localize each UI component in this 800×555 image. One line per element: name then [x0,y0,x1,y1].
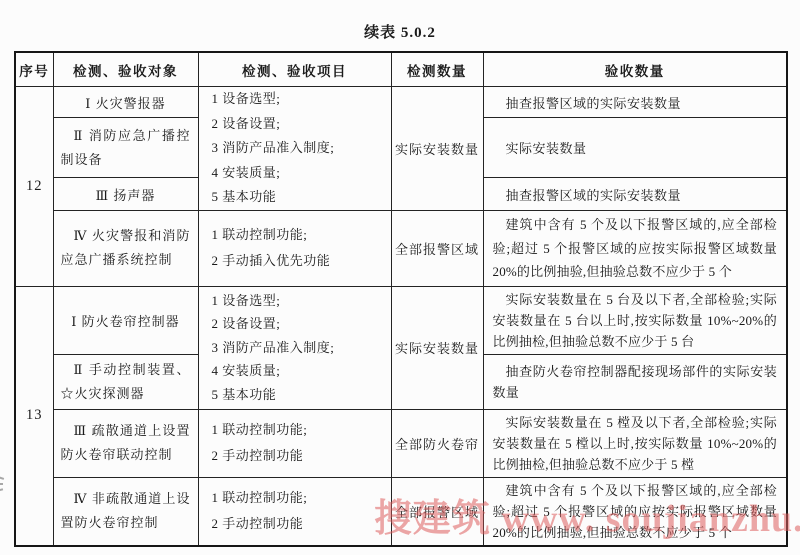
table-row: 12 Ⅰ 火灾警报器 1 设备选型; 2 设备设置; 3 消防产品准入制度; 4… [15,87,787,118]
item-line: 1 设备选型; [212,289,391,313]
cell-inspect-12-1to3: 实际安装数量 [391,87,483,211]
item-line: 1 联动控制功能; [212,417,391,443]
item-line: 5 基本功能 [212,383,391,407]
cell-items-13-4: 1 联动控制功能; 2 手动控制功能 [198,477,391,546]
item-line: 2 设备设置; [212,312,391,336]
cell-object-13-1: Ⅰ 防火卷帘控制器 [53,286,198,354]
item-line: 1 联动控制功能; [212,485,391,511]
cell-object-12-1: Ⅰ 火灾警报器 [53,87,198,118]
col-header-inspect-qty: 检测数量 [391,52,483,87]
cell-accept-13-4: 建筑中含有 5 个及以下报警区域的,应全部检验;超过 5 个报警区域的应按实际报… [483,477,787,546]
cell-object-13-2: Ⅱ 手动控制装置、☆火灾探测器 [53,354,198,409]
item-line: 4 安装质量; [212,161,391,186]
cell-object-12-2: Ⅱ 消防应急广播控制设备 [53,118,198,178]
cell-accept-12-3: 抽查报警区域的实际安装数量 [483,178,787,211]
item-line: 3 消防产品准入制度; [212,136,391,161]
item-line: 4 安装质量; [212,359,391,383]
cell-object-12-4: Ⅳ 火灾警报和消防应急广播系统控制 [53,211,198,287]
table-row: Ⅳ 火灾警报和消防应急广播系统控制 1 联动控制功能; 2 手动插入优先功能 全… [15,211,787,287]
cell-serial-13: 13 [15,286,53,546]
col-header-object: 检测、验收对象 [53,52,198,87]
cell-object-12-3: Ⅲ 扬声器 [53,178,198,211]
cell-accept-13-3: 实际安装数量在 5 樘及以下者,全部检验;实际安装数量在 5 樘以上时,按实际数… [483,409,787,477]
item-line: 3 消防产品准入制度; [212,336,391,360]
cell-object-13-3: Ⅲ 疏散通道上设置防火卷帘联动控制 [53,409,198,477]
acceptance-table: 序号 检测、验收对象 检测、验收项目 检测数量 验收数量 12 Ⅰ 火灾警报器 … [14,51,788,547]
cell-accept-12-1: 抽查报警区域的实际安装数量 [483,87,787,118]
item-line: 2 手动控制功能 [212,511,391,537]
cell-accept-13-1: 实际安装数量在 5 台及以下者,全部检验;实际安装数量在 5 台以上时,按实际数… [483,286,787,354]
cell-items-13-1to2: 1 设备选型; 2 设备设置; 3 消防产品准入制度; 4 安装质量; 5 基本… [198,286,391,409]
cell-items-12-1to3: 1 设备选型; 2 设备设置; 3 消防产品准入制度; 4 安装质量; 5 基本… [198,87,391,211]
col-header-accept-qty: 验收数量 [483,52,787,87]
page-edge-artifact [0,474,7,496]
cell-inspect-13-3: 全部防火卷帘 [391,409,483,477]
table-row: 13 Ⅰ 防火卷帘控制器 1 设备选型; 2 设备设置; 3 消防产品准入制度;… [15,286,787,354]
item-line: 2 手动插入优先功能 [212,248,391,274]
cell-accept-13-2: 抽查防火卷帘控制器配接现场部件的实际安装数量 [483,354,787,409]
cell-object-13-4: Ⅳ 非疏散通道上设置防火卷帘控制 [53,477,198,546]
cell-items-13-3: 1 联动控制功能; 2 手动控制功能 [198,409,391,477]
cell-items-12-4: 1 联动控制功能; 2 手动插入优先功能 [198,211,391,287]
cell-serial-12: 12 [15,87,53,287]
item-line: 2 手动控制功能 [212,443,391,469]
item-line: 2 设备设置; [212,112,391,137]
document-page: 续表 5.0.2 序号 检测、验收对象 检测、验收项目 检测数量 验收数量 12… [0,0,800,555]
cell-accept-12-2: 实际安装数量 [483,118,787,178]
item-line: 5 基本功能 [212,185,391,210]
table-row: Ⅳ 非疏散通道上设置防火卷帘控制 1 联动控制功能; 2 手动控制功能 全部报警… [15,477,787,546]
col-header-item: 检测、验收项目 [198,52,391,87]
item-line: 1 联动控制功能; [212,222,391,248]
table-row: Ⅲ 疏散通道上设置防火卷帘联动控制 1 联动控制功能; 2 手动控制功能 全部防… [15,409,787,477]
table-title: 续表 5.0.2 [0,21,800,42]
header-row: 序号 检测、验收对象 检测、验收项目 检测数量 验收数量 [15,52,787,87]
cell-inspect-12-4: 全部报警区域 [391,211,483,287]
cell-inspect-13-1to2: 实际安装数量 [391,286,483,409]
item-line: 1 设备选型; [212,87,391,112]
col-header-serial: 序号 [15,52,53,87]
cell-accept-12-4: 建筑中含有 5 个及以下报警区域的,应全部检验;超过 5 个报警区域的应按实际报… [483,211,787,287]
cell-inspect-13-4: 全部报警区域 [391,477,483,546]
